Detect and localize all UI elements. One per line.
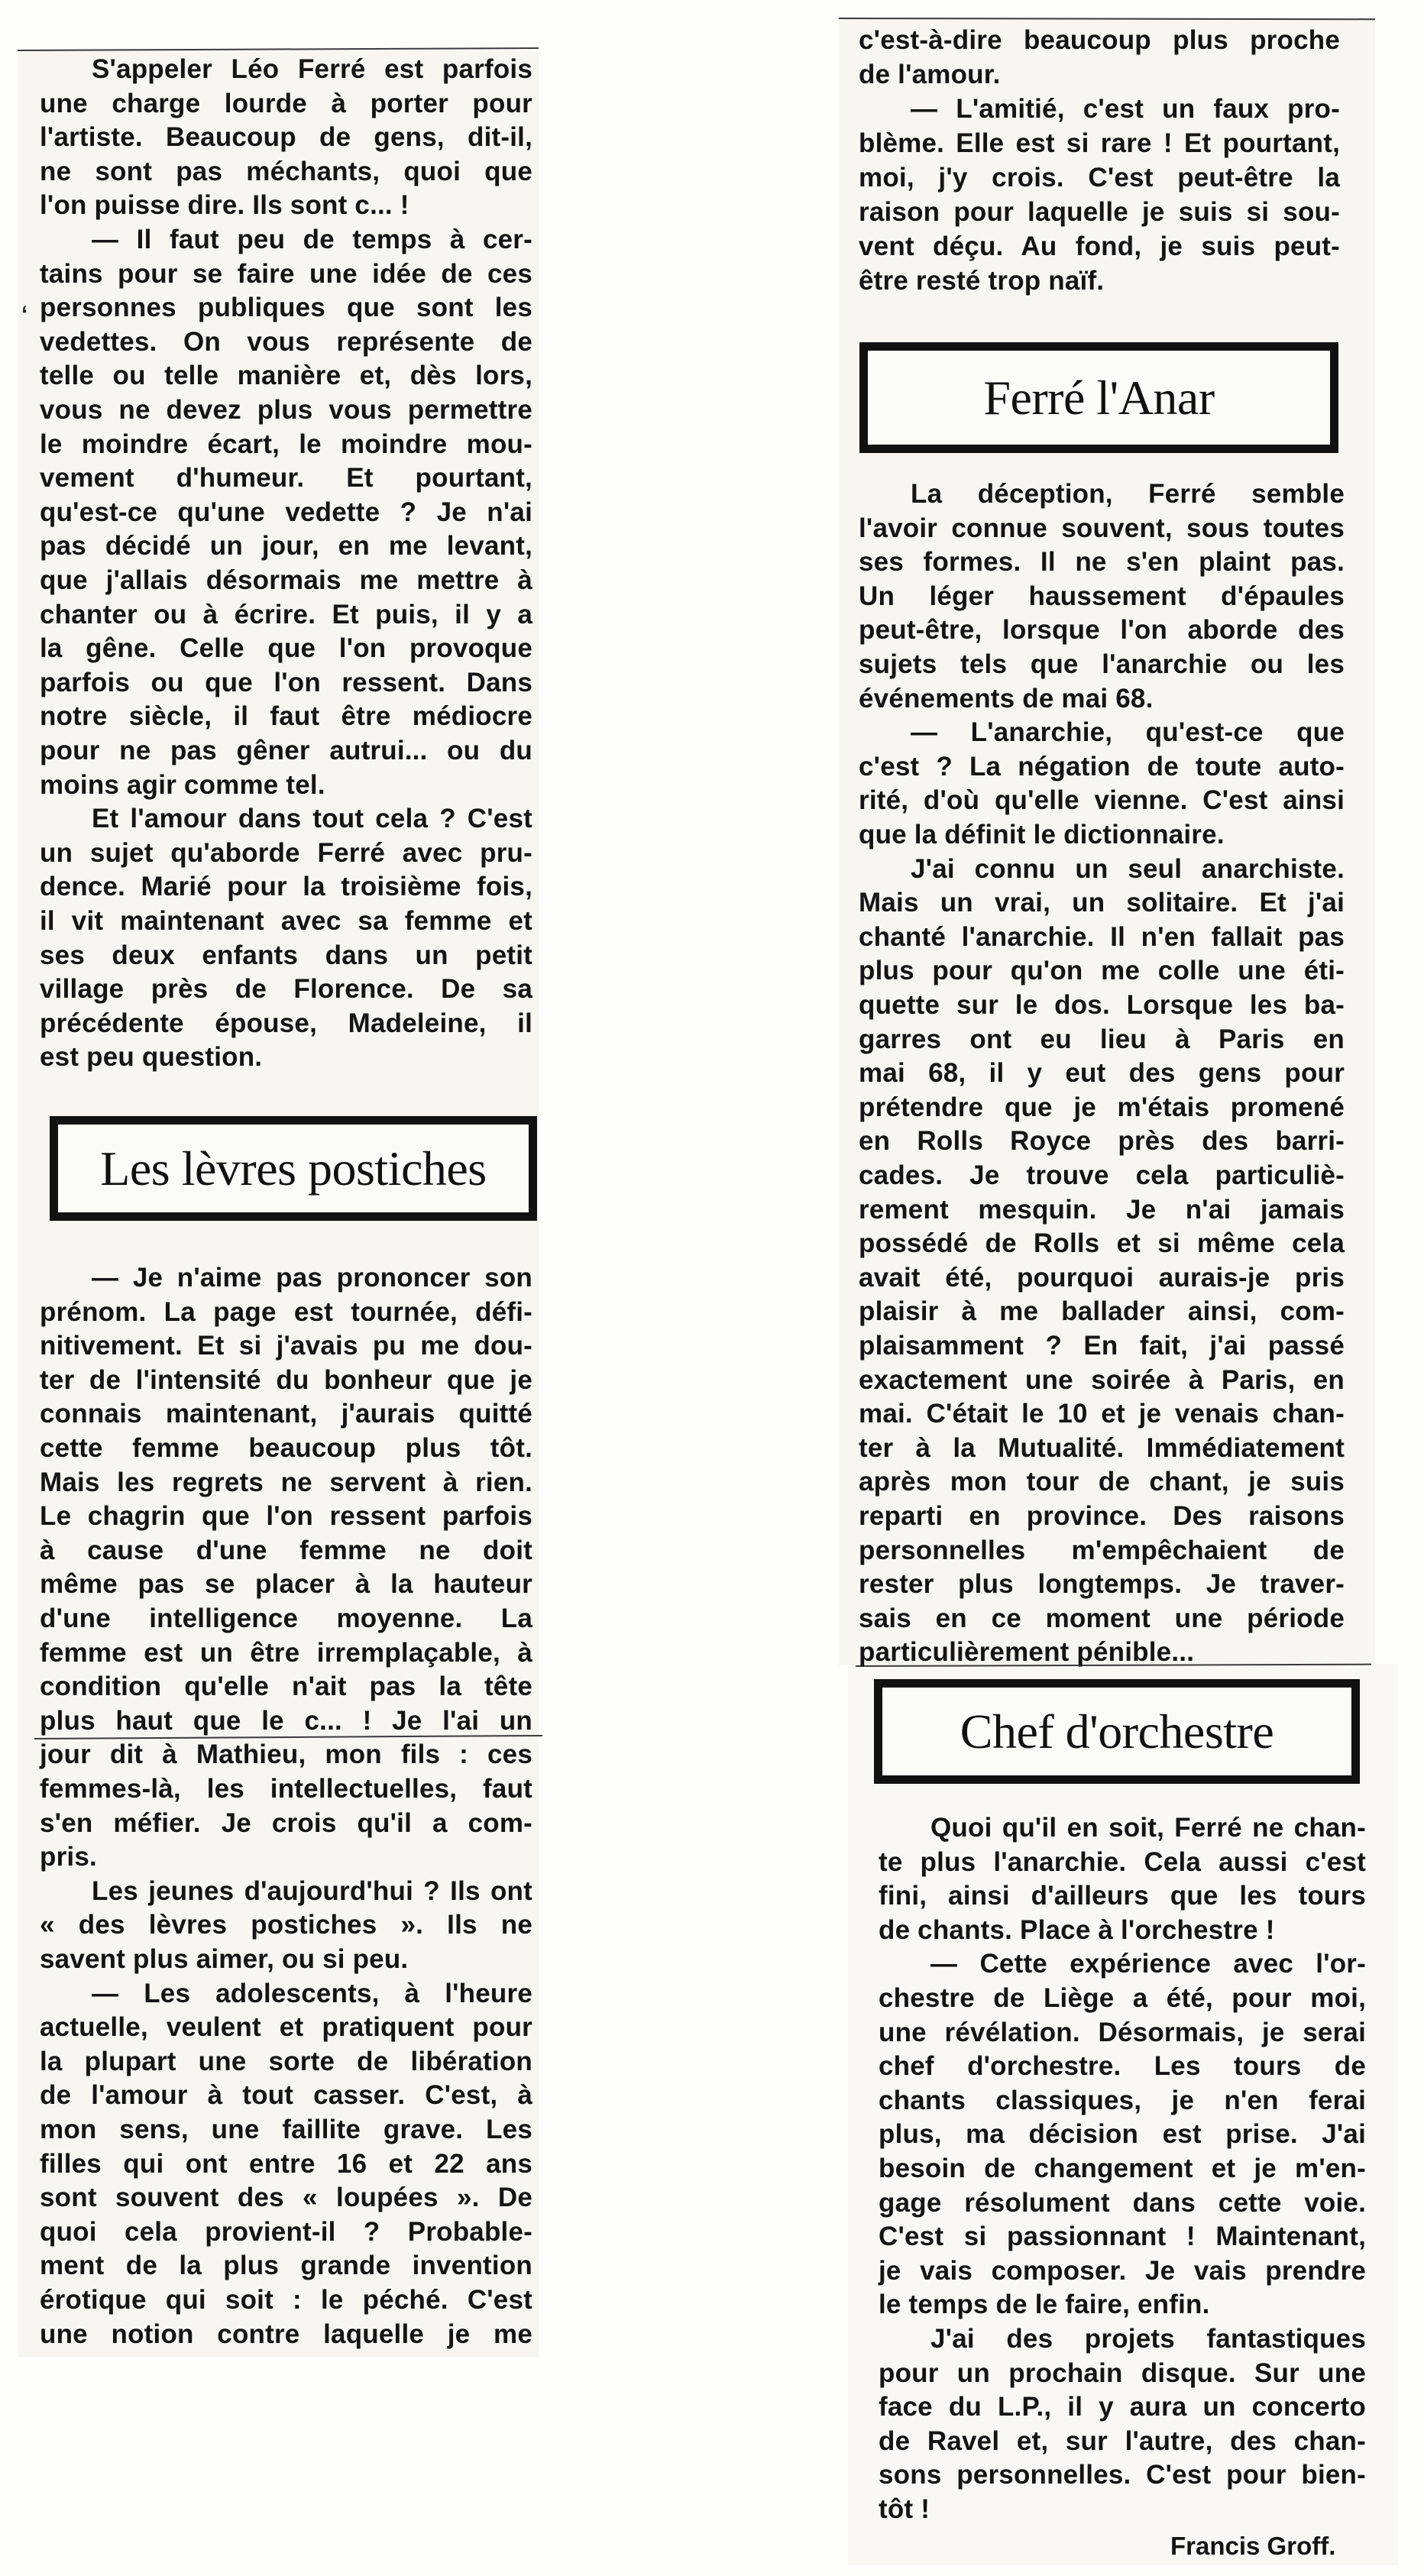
text-line: vedettes. On vous représente de	[40, 325, 532, 359]
heading-box-levres-postiches: Les lèvres postiches	[50, 1116, 537, 1221]
text-line: S'appeler Léo Ferré est parfois	[92, 53, 532, 86]
text-line: le temps de le faire, enfin.	[879, 2288, 1366, 2322]
text-line: une révélation. Désormais, je serai	[879, 2016, 1366, 2050]
text-line: mai 68, il y eut des gens pour	[859, 1057, 1345, 1090]
text-line: ter à la Mutualité. Immédiatement	[859, 1432, 1345, 1465]
text-line: chestre de Liège a été, pour moi,	[879, 1982, 1366, 2015]
text-line: c'est-à-dire beaucoup plus proche	[859, 24, 1340, 57]
text-line: rester plus longtemps. Je traver-	[859, 1568, 1345, 1601]
text-line: sons personnelles. C'est pour bien-	[879, 2458, 1366, 2492]
text-line: avait été, pourquoi aurais-je pris	[859, 1261, 1345, 1295]
text-line: de l'amour à tout casser. C'est, à	[40, 2079, 532, 2112]
section-heading: Chef d'orchestre	[960, 1704, 1274, 1760]
text-line: s'en méfier. Je crois qu'il a com-	[40, 1807, 532, 1840]
text-line: cette femme beaucoup plus tôt.	[40, 1432, 532, 1465]
text-line: ment de la plus grande invention	[40, 2249, 532, 2283]
text-line: peut-être, lorsque l'on aborde des	[859, 613, 1345, 647]
text-line: actuelle, veulent et pratiquent pour	[40, 2011, 532, 2044]
text-line: blème. Elle est si rare ! Et pourtant,	[859, 127, 1340, 160]
text-line: Les jeunes d'aujourd'hui ? Ils ont	[92, 1875, 532, 1908]
text-line: J'ai connu un seul anarchiste.	[911, 853, 1345, 886]
text-line: filles qui ont entre 16 et 22 ans	[40, 2147, 532, 2181]
text-line: de Ravel et, sur l'autre, des chan-	[879, 2425, 1366, 2458]
text-line: vent déçu. Au fond, je suis peut-	[859, 230, 1340, 264]
text-line: plus, ma décision est prise. J'ai	[879, 2118, 1366, 2151]
text-line: plus haut que le c... ! Je l'ai un	[40, 1704, 532, 1738]
text-line: nitivement. Et si j'avais pu me dou-	[40, 1329, 532, 1363]
text-line: prénom. La page est tournée, défi-	[40, 1296, 532, 1329]
text-line: ses formes. Il ne s'en plaint pas.	[859, 545, 1345, 579]
text-line: chanter ou à écrire. Et puis, il y a	[40, 598, 532, 632]
text-line: personnelles m'empêchaient de	[859, 1534, 1345, 1568]
text-line: possédé de Rolls et si même cela	[859, 1227, 1345, 1260]
text-line: qu'est-ce qu'une vedette ? Je n'ai	[40, 496, 532, 529]
text-line: de l'amour.	[859, 58, 1340, 92]
text-line: connais maintenant, j'aurais quitté	[40, 1397, 532, 1431]
text-line: Mais les regrets ne servent à rien.	[40, 1466, 532, 1500]
text-line: besoin de changement et je m'en-	[879, 2152, 1366, 2186]
text-line: l'artiste. Beaucoup de gens, dit-il,	[40, 121, 532, 154]
text-line: sujets tels que l'anarchie ou les	[859, 648, 1345, 681]
text-line: gage résolument dans cette voie.	[879, 2186, 1366, 2220]
text-line: moi, j'y crois. C'est peut-être la	[859, 161, 1340, 195]
section-heading: Ferré l'Anar	[983, 370, 1214, 426]
text-line: quoi cela provient-il ? Probable-	[40, 2215, 532, 2249]
text-line: reparti en province. Des raisons	[859, 1500, 1345, 1533]
text-line: Quoi qu'il en soit, Ferré ne chan-	[930, 1811, 1366, 1845]
text-line: « des lèvres postiches ». Ils ne	[40, 1908, 532, 1942]
text-line: à cause d'une femme ne doit	[40, 1534, 532, 1568]
text-line: moins agir comme tel.	[40, 769, 532, 802]
text-line: la plupart une sorte de libération	[40, 2045, 532, 2079]
text-line: sont souvent des « loupées ». De	[40, 2181, 532, 2215]
text-line: une charge lourde à porter pour	[40, 87, 532, 121]
text-line: plus pour qu'on me colle une éti-	[859, 954, 1345, 988]
text-line: est peu question.	[40, 1040, 532, 1074]
text-line: notre siècle, il faut être médiocre	[40, 700, 532, 733]
margin-tick-mark: ‘	[21, 302, 28, 328]
text-line: raison pour laquelle je suis si sou-	[859, 196, 1340, 229]
text-line: la gêne. Celle que l'on provoque	[40, 632, 532, 665]
text-line: ses deux enfants dans un petit	[40, 939, 532, 972]
text-line: Un léger haussement d'épaules	[859, 580, 1345, 613]
text-line: en Rolls Royce près des barri-	[859, 1125, 1345, 1158]
text-line: dence. Marié pour la troisième fois,	[40, 870, 532, 904]
text-line: quette sur le dos. Lorsque les ba-	[859, 989, 1345, 1022]
text-line: C'est si passionnant ! Maintenant,	[879, 2220, 1366, 2254]
text-line: que j'allais désormais me mettre à	[40, 564, 532, 597]
section-heading: Les lèvres postiches	[100, 1141, 486, 1197]
text-line: savent plus aimer, ou si peu.	[40, 1943, 532, 1976]
text-line: — Je n'aime pas prononcer son	[92, 1261, 532, 1295]
text-line: un sujet qu'aborde Ferré avec pru-	[40, 837, 532, 870]
text-line: face du L.P., il y aura un concerto	[879, 2390, 1366, 2424]
text-line: mon sens, une faillite grave. Les	[40, 2113, 532, 2147]
text-line: condition qu'elle n'ait pas la tête	[40, 1670, 532, 1704]
text-line: après mon tour de chant, je suis	[859, 1465, 1345, 1499]
text-line: tôt !	[879, 2493, 1366, 2526]
text-line: vement d'humeur. Et pourtant,	[40, 461, 532, 495]
heading-box-chef-orchestre: Chef d'orchestre	[874, 1679, 1360, 1784]
text-line: La déception, Ferré semble	[911, 477, 1345, 511]
text-line: je vais composer. Je vais prendre	[879, 2254, 1366, 2288]
text-line: événements de mai 68.	[859, 682, 1345, 716]
text-line: même pas se placer à la hauteur	[40, 1568, 532, 1601]
text-line: tains pour se faire une idée de ces	[40, 257, 532, 291]
text-line: Le chagrin que l'on ressent parfois	[40, 1500, 532, 1533]
text-line: l'avoir connue souvent, sous toutes	[859, 512, 1345, 545]
text-line: particulièrement pénible...	[859, 1636, 1345, 1669]
text-line: exactement une soirée à Paris, en	[859, 1364, 1345, 1397]
text-line: chanté l'anarchie. Il n'en fallait pas	[859, 921, 1345, 954]
text-line: plaisamment ? En fait, j'ai passé	[859, 1329, 1345, 1363]
text-line: femme est un être irremplaçable, à	[40, 1636, 532, 1670]
text-line: garres ont eu lieu à Paris en	[859, 1023, 1345, 1057]
text-line: sais en ce moment une période	[859, 1602, 1345, 1636]
text-line: village près de Florence. De sa	[40, 972, 532, 1006]
text-line: érotique qui soit : le péché. C'est	[40, 2283, 532, 2317]
text-line: personnes publiques que sont les	[40, 291, 532, 325]
text-line: rement mesquin. Je n'ai jamais	[859, 1193, 1345, 1227]
text-line: — L'amitié, c'est un faux pro-	[911, 92, 1340, 126]
text-line: ter de l'intensité du bonheur que je	[40, 1364, 532, 1397]
text-line: — Il faut peu de temps à cer-	[92, 223, 532, 257]
text-line: mai. C'était le 10 et je venais chan-	[859, 1397, 1345, 1431]
text-line: pour un prochain disque. Sur une	[879, 2357, 1366, 2390]
text-line: plaisir à me ballader ainsi, com-	[859, 1295, 1345, 1328]
text-line: Et l'amour dans tout cela ? C'est	[92, 802, 532, 836]
text-line: fini, ainsi d'ailleurs que les tours	[879, 1879, 1366, 1913]
text-line: pour ne pas gêner autrui... ou du	[40, 734, 532, 768]
author-byline: Francis Groff.	[1170, 2529, 1335, 2563]
text-line: femmes-là, les intellectuelles, faut	[40, 1772, 532, 1806]
text-line: que la définit le dictionnaire.	[859, 818, 1345, 852]
text-line: jour dit à Mathieu, mon fils : ces	[40, 1738, 532, 1772]
text-line: te plus l'anarchie. Cela aussi c'est	[879, 1846, 1366, 1879]
text-line: rité, d'où qu'elle vienne. C'est ainsi	[859, 784, 1345, 817]
text-line: le moindre écart, le moindre mou-	[40, 428, 532, 461]
text-line: prétendre que je m'étais promené	[859, 1091, 1345, 1125]
text-line: de chants. Place à l'orchestre !	[879, 1914, 1366, 1947]
text-line: parfois ou que l'on ressent. Dans	[40, 666, 532, 700]
text-line: — L'anarchie, qu'est-ce que	[911, 716, 1345, 749]
heading-box-ferre-anar: Ferré l'Anar	[859, 342, 1338, 453]
text-line: être resté trop naïf.	[859, 264, 1340, 298]
text-line: ne sont pas méchants, quoi que	[40, 155, 532, 189]
text-line: pris.	[40, 1840, 532, 1874]
text-line: vous ne devez plus vous permettre	[40, 393, 532, 427]
text-line: d'une intelligence moyenne. La	[40, 1602, 532, 1636]
text-line: c'est ? La négation de toute auto-	[859, 750, 1345, 784]
text-line: il vit maintenant avec sa femme et	[40, 905, 532, 938]
text-line: chants classiques, je n'en ferai	[879, 2084, 1366, 2118]
text-line: — Les adolescents, à l'heure	[92, 1977, 532, 2011]
text-line: — Cette expérience avec l'or-	[930, 1947, 1366, 1981]
text-line: telle ou telle manière et, dès lors,	[40, 359, 532, 393]
text-line: chef d'orchestre. Les tours de	[879, 2050, 1366, 2083]
text-line: Mais un vrai, un solitaire. Et j'ai	[859, 886, 1345, 920]
text-line: précédente épouse, Madeleine, il	[40, 1007, 532, 1040]
text-line: une notion contre laquelle je me	[40, 2318, 532, 2351]
text-line: l'on puisse dire. Ils sont c... !	[40, 189, 532, 222]
text-line: J'ai des projets fantastiques	[930, 2322, 1366, 2356]
text-line: cades. Je trouve cela particuliè-	[859, 1159, 1345, 1193]
text-line: pas décidé un jour, en me levant,	[40, 529, 532, 563]
